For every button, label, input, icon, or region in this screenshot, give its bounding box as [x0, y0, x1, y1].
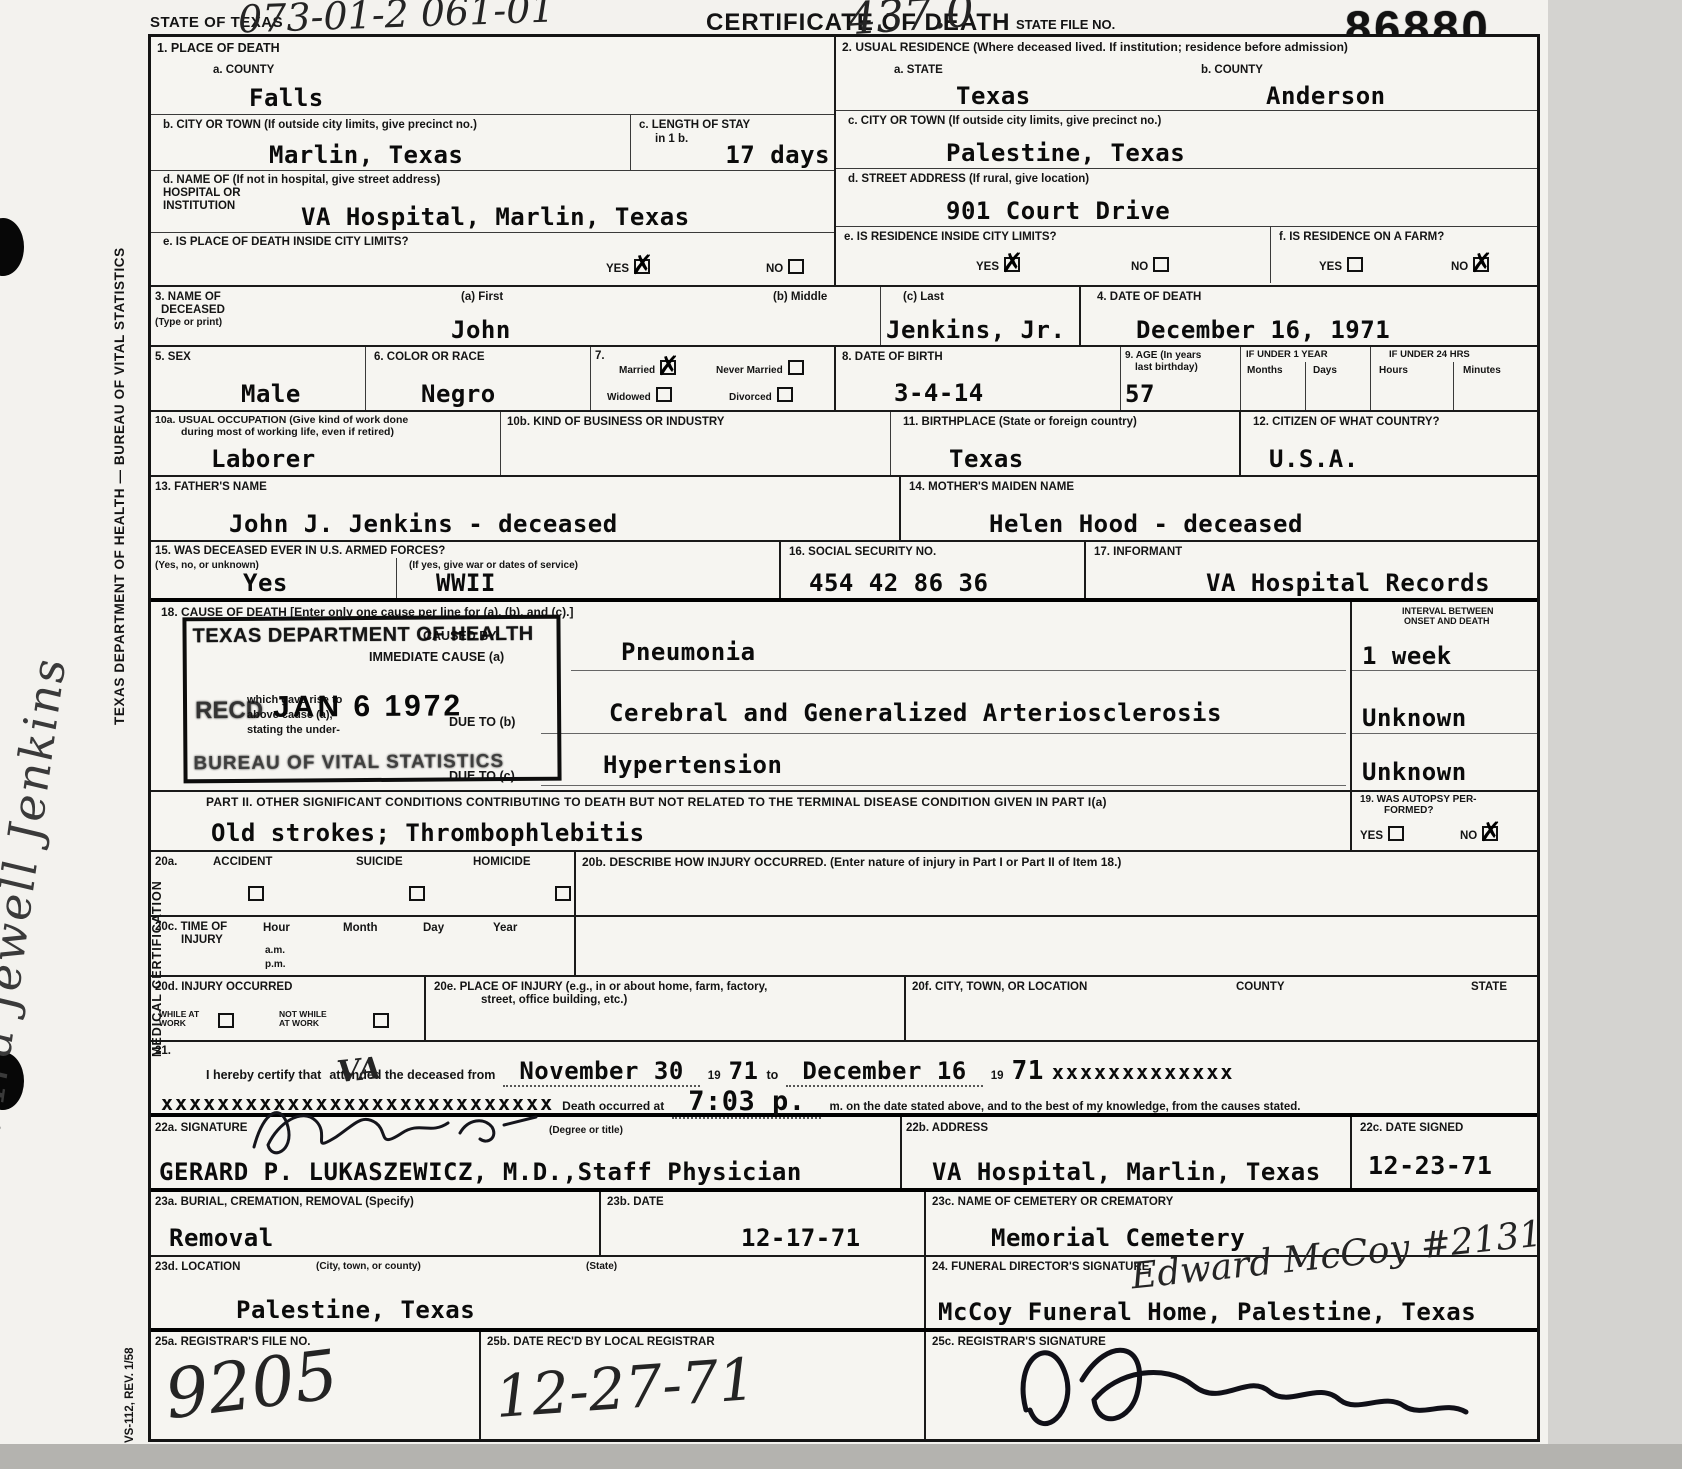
due-to-b-value: Cerebral and Generalized Arteriosclerosi…	[609, 699, 1222, 727]
middle-name-label: (b) Middle	[773, 290, 827, 304]
burial-value: Removal	[169, 1224, 274, 1252]
field-burial-location: 23d. LOCATION (City, town, or county) (S…	[151, 1257, 926, 1328]
part2-value: Old strokes; Thrombophlebitis	[211, 819, 645, 847]
certify-text2: m. on the date stated above, and to the …	[829, 1100, 1300, 1114]
divider	[396, 558, 397, 598]
autopsy-yes: YES	[1360, 826, 1404, 844]
widowed-option: Widowed	[607, 387, 672, 405]
ssn-value: 454 42 86 36	[809, 569, 988, 597]
location-value: Palestine, Texas	[236, 1296, 475, 1324]
immediate-cause-value: Pneumonia	[621, 638, 756, 666]
date-received-label: 25b. DATE REC'D BY LOCAL REGISTRAR	[487, 1335, 715, 1349]
length-of-stay-value: 17 days	[725, 141, 830, 169]
field-name-last: (c) Last Jenkins, Jr.	[881, 287, 1081, 345]
from-year: 71	[729, 1057, 759, 1085]
sex-value: Male	[241, 380, 301, 408]
suicide-checkbox	[409, 886, 425, 901]
age-label2: last birthday)	[1135, 362, 1198, 374]
homicide-label: HOMICIDE	[473, 855, 531, 869]
rule	[541, 785, 1346, 786]
days-label: Days	[1313, 365, 1337, 377]
name-label2: DECEASED	[161, 303, 225, 317]
describe-injury-label: 20b. DESCRIBE HOW INJURY OCCURRED. (Ente…	[582, 855, 1121, 870]
rule	[1352, 670, 1537, 671]
autopsy-no: NO	[1460, 826, 1498, 844]
location-label: 23d. LOCATION	[155, 1260, 240, 1274]
birthplace-label: 11. BIRTHPLACE (State or foreign country…	[903, 415, 1137, 429]
row-accident-injury: 20a. ACCIDENT SUICIDE HOMICIDE 20b. DESC…	[151, 852, 1537, 917]
field-date-of-death: 4. DATE OF DEATH December 16, 1971	[1081, 287, 1537, 345]
row-time-of-injury: 20c. TIME OF INJURY Hour Month Day Year …	[151, 917, 1537, 977]
field-cause-of-death: 18. CAUSE OF DEATH [Enter only one cause…	[151, 602, 1352, 790]
date-received-value: 12-27-71	[493, 1345, 758, 1431]
divider	[1305, 362, 1306, 410]
hospital-label3: INSTITUTION	[163, 199, 235, 213]
death-certificate-scan: TEXAS DEPARTMENT OF HEALTH — BUREAU OF V…	[0, 0, 1682, 1469]
residence-limits-yes: YES	[976, 257, 1020, 275]
city-limits-no: NO	[766, 259, 804, 277]
19-prefix: 19	[991, 1069, 1004, 1083]
rule	[541, 733, 1346, 734]
stamp-bureau: BUREAU OF VITAL STATISTICS	[193, 751, 504, 775]
burial-date-label: 23b. DATE	[607, 1195, 664, 1209]
received-stamp: TEXAS DEPARTMENT OF HEALTH RECD JAN 6 19…	[182, 615, 561, 784]
field-physician-signature: 22a. SIGNATURE (Degree or title) GERARD …	[151, 1117, 902, 1188]
address-value: VA Hospital, Marlin, Texas	[932, 1158, 1321, 1186]
homicide-checkbox	[555, 886, 571, 901]
name-label3: (Type or print)	[155, 317, 222, 329]
dob-value: 3-4-14	[894, 379, 984, 407]
funeral-director-label: 24. FUNERAL DIRECTOR'S SIGNATURE	[932, 1260, 1149, 1274]
19-prefix: 19	[708, 1069, 721, 1083]
location-sub1: (City, town, or county)	[316, 1261, 421, 1273]
time-of-death-value: 7:03 p.	[672, 1086, 821, 1119]
row-physician-signature: 22a. SIGNATURE (Degree or title) GERARD …	[151, 1117, 1537, 1192]
field-date-received: 25b. DATE REC'D BY LOCAL REGISTRAR 12-27…	[481, 1332, 926, 1439]
field-usual-residence: 2. USUAL RESIDENCE (Where deceased lived…	[836, 37, 1537, 285]
length-of-stay-label: c. LENGTH OF STAY	[639, 118, 750, 132]
residence-state-label: a. STATE	[894, 63, 943, 77]
scan-right-margin	[1548, 0, 1682, 1444]
field-time-of-injury: 20c. TIME OF INJURY Hour Month Day Year …	[151, 917, 576, 975]
race-label: 6. COLOR OR RACE	[374, 350, 485, 364]
pm-label: p.m.	[265, 959, 286, 971]
injury-occurred-label: 20d. INJURY OCCURRED	[155, 980, 292, 994]
date-of-death-value: December 16, 1971	[1136, 316, 1390, 344]
hospital-value: VA Hospital, Marlin, Texas	[301, 203, 690, 231]
typed-strikeout: xxxxxxxxxxxxx	[1052, 1060, 1235, 1084]
hours-label: Hours	[1379, 365, 1408, 377]
residence-limits-label: e. IS RESIDENCE INSIDE CITY LIMITS?	[844, 230, 1057, 244]
stamp-agency: TEXAS DEPARTMENT OF HEALTH	[192, 623, 533, 648]
field-describe-injury: 20b. DESCRIBE HOW INJURY OCCURRED. (Ente…	[576, 852, 1537, 915]
farm-label: f. IS RESIDENCE ON A FARM?	[1279, 230, 1444, 244]
farm-yes: YES	[1319, 257, 1363, 275]
field-burial-date: 23b. DATE 12-17-71	[601, 1192, 926, 1255]
city-label: b. CITY OR TOWN (If outside city limits,…	[163, 118, 477, 132]
field-sex: 5. SEX Male	[151, 347, 366, 410]
county-label: a. COUNTY	[213, 63, 274, 77]
row-place-residence: 1. PLACE OF DEATH a. COUNTY Falls b. CIT…	[151, 37, 1537, 287]
due-to-c-value: Hypertension	[603, 751, 782, 779]
row-injury-place: 20d. INJURY OCCURRED WHILE AT WORK NOT W…	[151, 977, 1537, 1042]
registrar-signature-scrawl	[996, 1314, 1516, 1464]
degree-title-label: (Degree or title)	[549, 1125, 623, 1137]
father-label: 13. FATHER'S NAME	[155, 480, 267, 494]
field-interval-onset-death: INTERVAL BETWEEN ONSET AND DEATH 1 week …	[1352, 602, 1537, 790]
year-label: Year	[493, 921, 517, 935]
certify-text1: I hereby certify that	[206, 1068, 321, 1084]
county-value: Falls	[249, 84, 324, 112]
field-birthplace: 11. BIRTHPLACE (State or foreign country…	[891, 412, 1241, 475]
age-label1: 9. AGE (In years	[1125, 350, 1201, 362]
divorced-option: Divorced	[729, 387, 793, 405]
injury-county-label: COUNTY	[1236, 980, 1285, 994]
yes-checkbox	[634, 259, 650, 274]
attended-text: VA attended the deceased from	[329, 1068, 495, 1084]
widowed-checkbox	[656, 387, 672, 402]
interval-c-value: Unknown	[1362, 758, 1467, 786]
under-24-hrs-label: IF UNDER 24 HRS	[1389, 349, 1470, 360]
row-forces-ssn-informant: 15. WAS DECEASED EVER IN U.S. ARMED FORC…	[151, 542, 1537, 602]
marital-label: 7.	[595, 349, 605, 363]
yes-checkbox	[1388, 826, 1404, 841]
row-cause-of-death: 18. CAUSE OF DEATH [Enter only one cause…	[151, 602, 1537, 792]
field-registrar-signature: 25c. REGISTRAR'S SIGNATURE	[926, 1332, 1537, 1439]
field-burial-type: 23a. BURIAL, CREMATION, REMOVAL (Specify…	[151, 1192, 601, 1255]
street-address-value: 901 Court Drive	[946, 197, 1170, 225]
date-signed-label: 22c. DATE SIGNED	[1360, 1121, 1463, 1135]
residence-limits-no: NO	[1131, 257, 1169, 275]
city-limits-label: e. IS PLACE OF DEATH INSIDE CITY LIMITS?	[163, 235, 409, 249]
row-registrar: 25a. REGISTRAR'S FILE NO. 9205 25b. DATE…	[151, 1332, 1537, 1439]
citizen-value: U.S.A.	[1269, 445, 1359, 473]
suicide-label: SUICIDE	[356, 855, 403, 869]
burial-date-value: 12-17-71	[741, 1224, 861, 1252]
rule	[571, 670, 1346, 671]
field-usual-occupation: 10a. USUAL OCCUPATION (Give kind of work…	[151, 412, 501, 475]
length-of-stay-label2: in 1 b.	[655, 132, 688, 146]
rule	[1352, 733, 1537, 734]
stamp-date: JAN 6 1972	[273, 689, 463, 724]
part2-label: PART II. OTHER SIGNIFICANT CONDITIONS CO…	[206, 795, 1107, 810]
field-physician-address: 22b. ADDRESS VA Hospital, Marlin, Texas	[902, 1117, 1352, 1188]
divorced-checkbox	[777, 387, 793, 402]
father-value: John J. Jenkins - deceased	[229, 510, 618, 538]
never-married-option: Never Married	[716, 360, 804, 378]
accident-checkbox	[248, 886, 264, 901]
state-file-no-label: STATE FILE NO.	[1016, 17, 1115, 33]
occupation-label2: during most of working life, even if ret…	[181, 426, 394, 439]
field-if-under-24-hrs: IF UNDER 24 HRS Hours Minutes	[1371, 347, 1537, 410]
hour-label: Hour	[263, 921, 290, 935]
yes-checkbox	[1347, 257, 1363, 272]
field-citizen: 12. CITIZEN OF WHAT COUNTRY? U.S.A.	[1241, 412, 1537, 475]
dob-label: 8. DATE OF BIRTH	[842, 350, 943, 364]
usual-residence-label: 2. USUAL RESIDENCE (Where deceased lived…	[842, 40, 1348, 55]
place-injury-label2: street, office building, etc.)	[481, 993, 627, 1007]
row-parents: 13. FATHER'S NAME John J. Jenkins - dece…	[151, 477, 1537, 542]
residence-city-value: Palestine, Texas	[946, 139, 1185, 167]
month-label: Month	[343, 921, 377, 935]
ssn-label: 16. SOCIAL SECURITY NO.	[789, 545, 936, 559]
attended-from-date: November 30	[503, 1057, 699, 1087]
citizen-label: 12. CITIZEN OF WHAT COUNTRY?	[1253, 415, 1440, 429]
to-year: 71	[1012, 1056, 1044, 1086]
residence-state-value: Texas	[956, 82, 1031, 110]
minutes-label: Minutes	[1463, 365, 1501, 377]
stamp-recd: RECD	[195, 697, 263, 725]
last-name-value: Jenkins, Jr.	[886, 316, 1065, 344]
spouse-handwritten-note: Spouse; Mrs. Ira Jewell Jenkins	[0, 191, 166, 1448]
date-of-death-label: 4. DATE OF DEATH	[1097, 290, 1201, 304]
birthplace-value: Texas	[949, 445, 1024, 473]
injury-state-label: STATE	[1471, 980, 1507, 994]
row-name-dod: 3. NAME OF DECEASED (Type or print) (a) …	[151, 287, 1537, 347]
field-injury-blank	[576, 917, 1537, 975]
field-informant: 17. INFORMANT VA Hospital Records	[1086, 542, 1537, 598]
interval-b-value: Unknown	[1362, 704, 1467, 732]
informant-label: 17. INFORMANT	[1094, 545, 1182, 559]
mother-label: 14. MOTHER'S MAIDEN NAME	[909, 480, 1074, 494]
date-signed-value: 12-23-71	[1368, 1151, 1492, 1180]
handwritten-va: VA	[335, 1050, 383, 1092]
residence-county-label: b. COUNTY	[1201, 63, 1263, 77]
married-option: Married	[619, 360, 676, 378]
interval-label2: ONSET AND DEATH	[1404, 616, 1490, 627]
death-occurred-label: Death occurred at	[562, 1099, 664, 1114]
field-registrar-file-no: 25a. REGISTRAR'S FILE NO. 9205	[151, 1332, 481, 1439]
injury-city-label: 20f. CITY, TOWN, OR LOCATION	[912, 980, 1087, 994]
field-accident-suicide-homicide: 20a. ACCIDENT SUICIDE HOMICIDE	[151, 852, 576, 915]
informant-value: VA Hospital Records	[1206, 569, 1490, 597]
field-injury-occurred: 20d. INJURY OCCURRED WHILE AT WORK NOT W…	[151, 977, 426, 1040]
address-label: 22b. ADDRESS	[906, 1121, 988, 1135]
field-business-industry: 10b. KIND OF BUSINESS OR INDUSTRY	[501, 412, 891, 475]
last-name-label: (c) Last	[903, 290, 944, 304]
field-name-first: 3. NAME OF DECEASED (Type or print) (a) …	[151, 287, 881, 345]
divider	[1453, 362, 1454, 410]
place-of-death-label: 1. PLACE OF DEATH	[157, 41, 280, 57]
occupation-value: Laborer	[211, 445, 316, 473]
signature-label: 22a. SIGNATURE	[155, 1121, 247, 1135]
autopsy-label2: FORMED?	[1384, 805, 1433, 817]
field-autopsy: 19. WAS AUTOPSY PER- FORMED? YES NO	[1352, 792, 1537, 850]
to-word: to	[767, 1068, 779, 1084]
field-marital-status: 7. Married Never Married Widowed Divorce…	[591, 347, 836, 410]
city-value: Marlin, Texas	[269, 141, 463, 169]
while-at-work-checkbox	[218, 1013, 234, 1028]
no-checkbox	[788, 259, 804, 274]
location-sub2: (State)	[586, 1261, 617, 1273]
accident-label: ACCIDENT	[213, 855, 272, 869]
field-date-of-birth: 8. DATE OF BIRTH 3-4-14	[836, 347, 1121, 410]
city-limits-yes: YES	[606, 259, 650, 277]
war-value: WWII	[436, 569, 496, 597]
physician-signature-scrawl	[246, 1095, 546, 1165]
residence-county-value: Anderson	[1266, 82, 1386, 110]
field-if-under-1-year: IF UNDER 1 YEAR Months Days	[1241, 347, 1371, 410]
armed-forces-value: Yes	[243, 569, 288, 597]
race-value: Negro	[421, 380, 496, 408]
certificate-form: 1. PLACE OF DEATH a. COUNTY Falls b. CIT…	[148, 34, 1540, 1442]
no-checkbox	[1482, 826, 1498, 841]
sex-label: 5. SEX	[155, 350, 191, 364]
cemetery-label: 23c. NAME OF CEMETERY OR CREMATORY	[932, 1195, 1173, 1209]
at-work-label: AT WORK	[279, 1018, 319, 1028]
under-1-year-label: IF UNDER 1 YEAR	[1246, 349, 1328, 360]
field-age: 9. AGE (In years last birthday) 57	[1121, 347, 1241, 410]
occupation-label1: 10a. USUAL OCCUPATION (Give kind of work…	[155, 414, 408, 427]
no-checkbox	[1153, 257, 1169, 272]
row-sex-race-age: 5. SEX Male 6. COLOR OR RACE Negro 7. Ma…	[151, 347, 1537, 412]
field-place-of-injury: 20e. PLACE OF INJURY (e.g., in or about …	[426, 977, 906, 1040]
field-armed-forces: 15. WAS DECEASED EVER IN U.S. ARMED FORC…	[151, 542, 781, 598]
first-name-label: (a) First	[461, 290, 503, 304]
burial-label: 23a. BURIAL, CREMATION, REMOVAL (Specify…	[155, 1195, 414, 1209]
mother-value: Helen Hood - deceased	[989, 510, 1303, 538]
field-date-signed: 22c. DATE SIGNED 12-23-71	[1352, 1117, 1537, 1188]
field-injury-city-county-state: 20f. CITY, TOWN, OR LOCATION COUNTY STAT…	[906, 977, 1537, 1040]
yes-checkbox	[1004, 257, 1020, 272]
field-color-race: 6. COLOR OR RACE Negro	[366, 347, 591, 410]
age-value: 57	[1125, 380, 1155, 408]
field-father-name: 13. FATHER'S NAME John J. Jenkins - dece…	[151, 477, 901, 540]
interval-a-value: 1 week	[1362, 642, 1452, 670]
field-place-of-death: 1. PLACE OF DEATH a. COUNTY Falls b. CIT…	[151, 37, 836, 285]
residence-city-label: c. CITY OR TOWN (If outside city limits,…	[848, 114, 1161, 128]
registrar-file-value: 9205	[161, 1336, 342, 1436]
am-label: a.m.	[265, 945, 285, 957]
first-name-value: John	[451, 316, 511, 344]
field-mother-name: 14. MOTHER'S MAIDEN NAME Helen Hood - de…	[901, 477, 1537, 540]
no-checkbox	[1473, 257, 1489, 272]
form-code-vertical: VS-112, REV. 1/58	[124, 1283, 138, 1443]
time-injury-label2: INJURY	[181, 933, 223, 947]
medical-certification-vertical: MEDICAL CERTIFICATION	[150, 772, 166, 1057]
street-address-label: d. STREET ADDRESS (If rural, give locati…	[848, 172, 1089, 186]
months-label: Months	[1247, 365, 1283, 377]
farm-no: NO	[1451, 257, 1489, 275]
never-married-checkbox	[788, 360, 804, 375]
business-label: 10b. KIND OF BUSINESS OR INDUSTRY	[507, 415, 724, 429]
married-checkbox	[660, 360, 676, 375]
field-ssn: 16. SOCIAL SECURITY NO. 454 42 86 36	[781, 542, 1086, 598]
day-label: Day	[423, 921, 444, 935]
not-while-at-work-checkbox	[373, 1013, 389, 1028]
row-part2-autopsy: PART II. OTHER SIGNIFICANT CONDITIONS CO…	[151, 792, 1537, 852]
armed-forces-label: 15. WAS DECEASED EVER IN U.S. ARMED FORC…	[155, 544, 445, 558]
attended-to-date: December 16	[786, 1057, 982, 1087]
row-occupation-birthplace: 10a. USUAL OCCUPATION (Give kind of work…	[151, 412, 1537, 477]
punch-hole-top	[0, 218, 24, 276]
field-part2-conditions: PART II. OTHER SIGNIFICANT CONDITIONS CO…	[151, 792, 1352, 850]
